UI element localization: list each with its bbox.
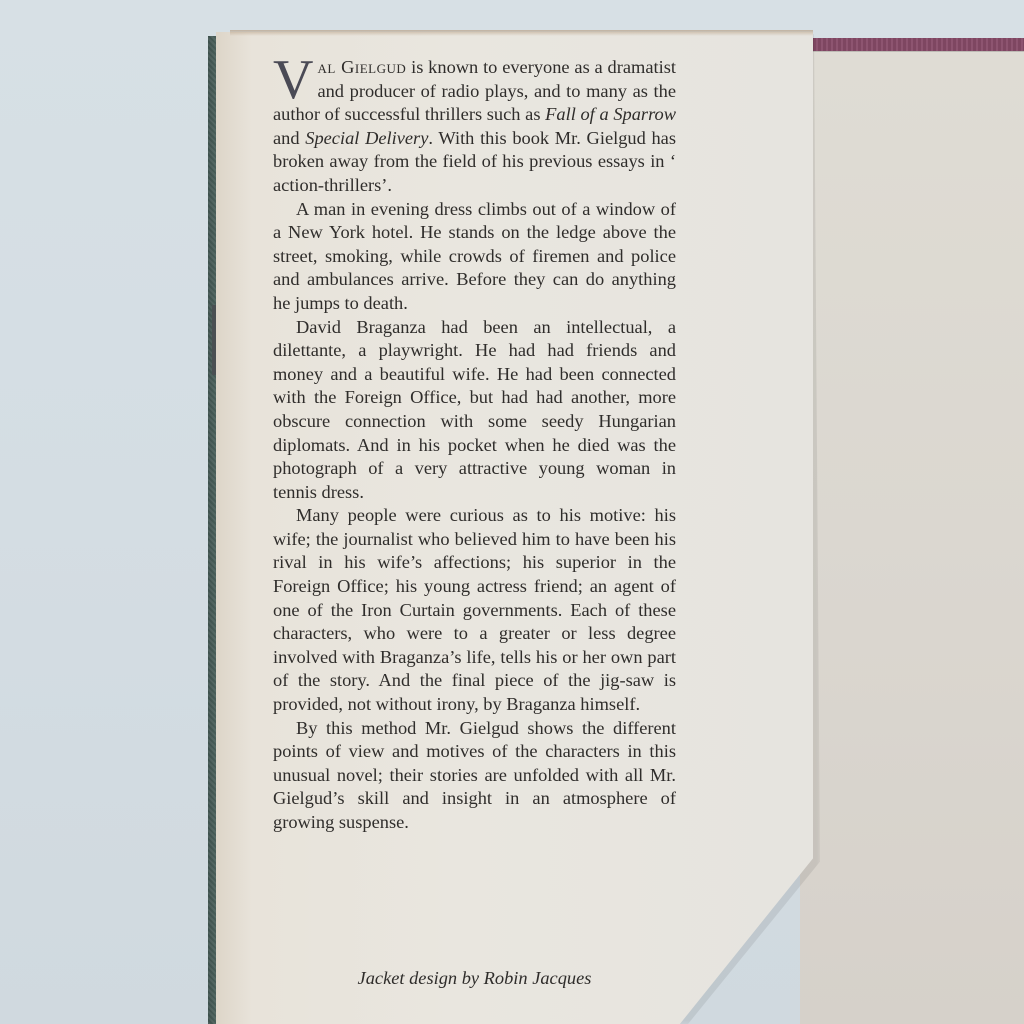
intro-paragraph: Val Gielgud is known to everyone as a dr…: [273, 56, 676, 198]
book-title-2: Special Delivery: [305, 128, 428, 148]
paragraph: Many people were curious as to his motiv…: [273, 504, 676, 716]
book-title-1: Fall of a Sparrow: [545, 104, 676, 124]
jacket-design-credit: Jacket design by Robin Jacques: [273, 968, 676, 989]
author-name: al Gielgud: [317, 57, 406, 77]
paragraph: By this method Mr. Gielgud shows the dif…: [273, 717, 676, 835]
paragraph: A man in evening dress climbs out of a w…: [273, 198, 676, 316]
flap-worn-edge: [230, 30, 813, 36]
drop-cap: V: [273, 58, 313, 102]
book-cover-edge: [813, 38, 1024, 51]
book-endpaper: [800, 50, 1024, 1024]
blurb-text: Val Gielgud is known to everyone as a dr…: [273, 56, 676, 835]
paragraph: David Braganza had been an intellectual,…: [273, 316, 676, 505]
